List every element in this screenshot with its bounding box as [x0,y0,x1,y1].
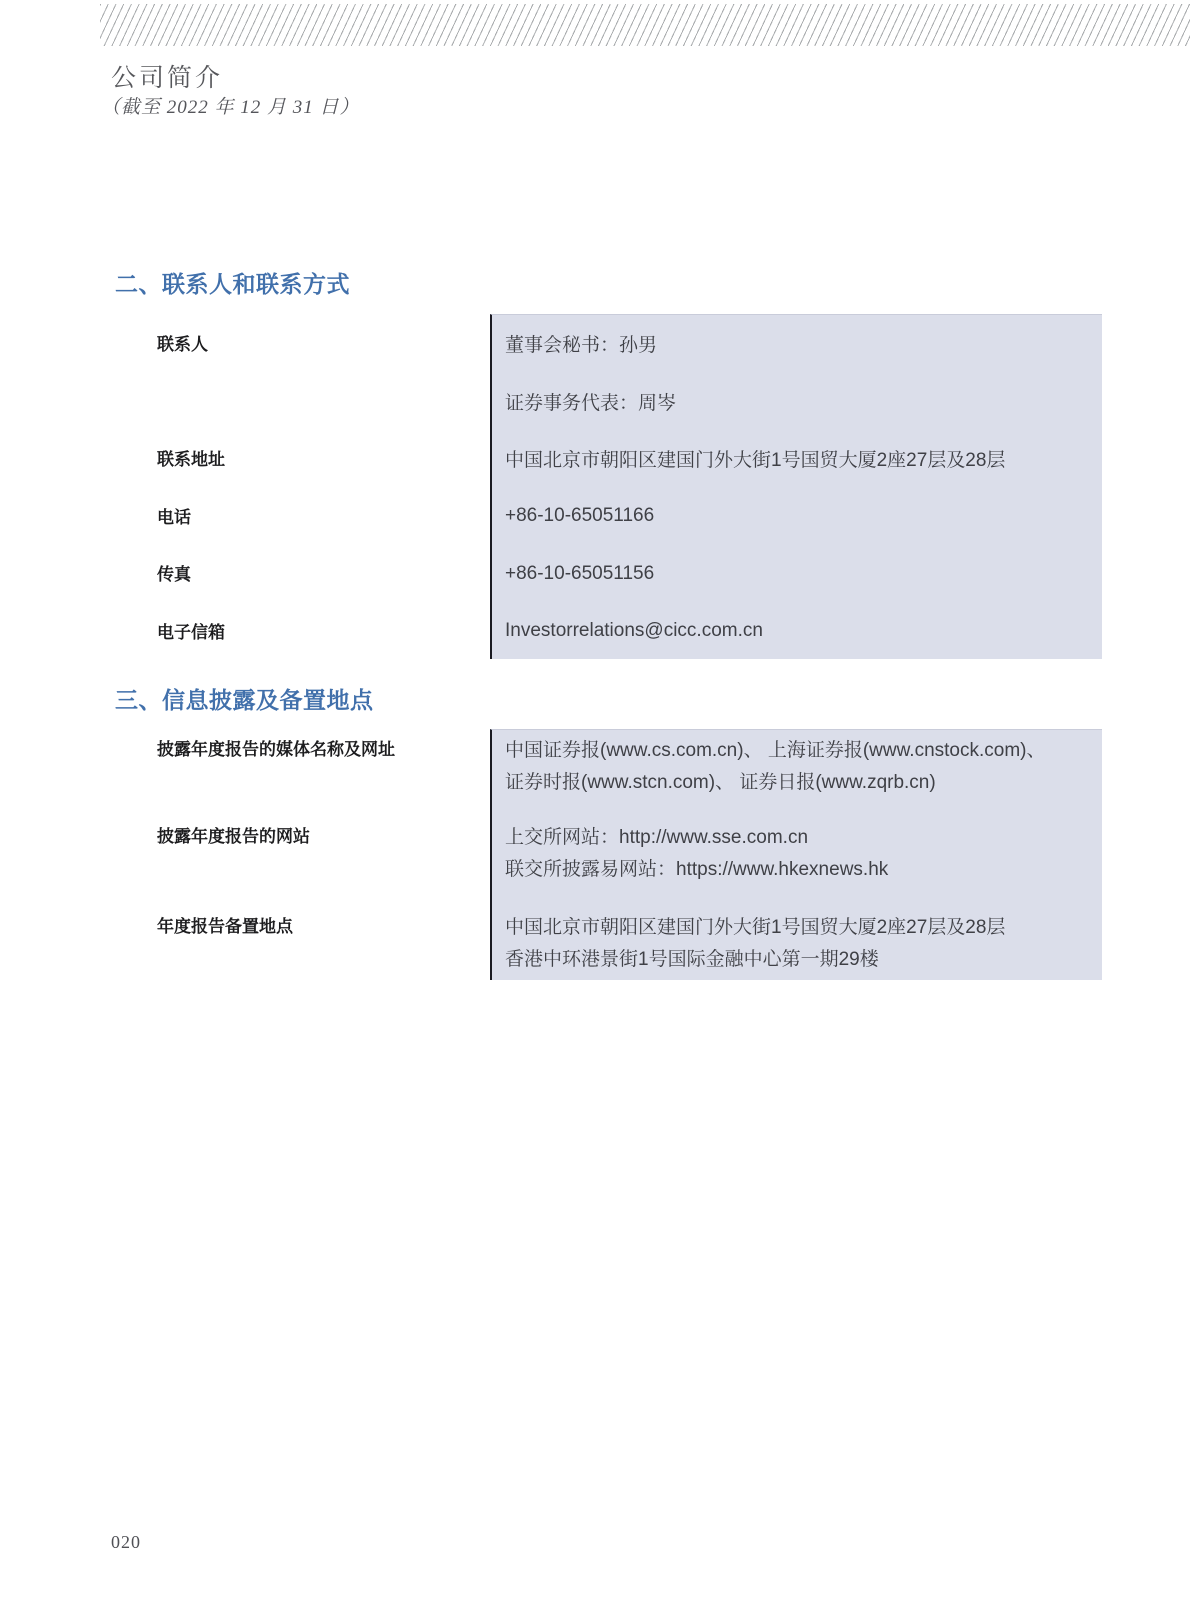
hkex-website-line: 联交所披露易网站：https://www.hkexnews.hk [505,854,1102,886]
board-secretary-value: 董事会秘书：孙男 [492,315,1102,373]
email-value: Investorrelations@cicc.com.cn [492,603,1102,661]
section-disclosure-heading: 三、信息披露及备置地点 [115,682,374,715]
beijing-location-line: 中国北京市朝阳区建国门外大街1号国贸大厦2座27层及28层 [505,912,1102,944]
fax-label: 传真 [100,544,485,602]
email-label: 电子信箱 [100,602,485,660]
contacts-value-box: 董事会秘书：孙男 证券事务代表：周岑 中国北京市朝阳区建国门外大街1号国贸大厦2… [490,314,1102,659]
section-contacts-heading: 二、联系人和联系方式 [115,266,350,299]
sse-website-line: 上交所网站：http://www.sse.com.cn [505,822,1102,854]
hatch-banner [100,4,1190,46]
media-names-line-2: 证券时报(www.stcn.com)、 证券日报(www.zqrb.cn) [505,767,1102,799]
disclosure-label-column: 披露年度报告的媒体名称及网址 披露年度报告的网站 年度报告备置地点 [100,729,485,980]
page-subtitle: （截至 2022 年 12 月 31 日） [101,92,360,119]
page-title: 公司简介 [111,58,223,94]
report-location-value: 中国北京市朝阳区建国门外大街1号国贸大厦2座27层及28层 香港中环港景街1号国… [492,890,1102,981]
websites-label: 披露年度报告的网站 [100,799,485,889]
phone-label: 电话 [100,487,485,545]
disclosure-value-box: 中国证券报(www.cs.com.cn)、 上海证券报(www.cnstock.… [490,729,1102,980]
contact-person-label: 联系人 [100,314,485,372]
websites-value: 上交所网站：http://www.sse.com.cn 联交所披露易网站：htt… [492,800,1102,890]
page-number: 020 [111,1532,141,1553]
contact-address-label: 联系地址 [100,429,485,487]
media-names-label: 披露年度报告的媒体名称及网址 [100,729,485,799]
phone-value: +86-10-65051166 [492,488,1102,546]
empty-label [100,372,485,430]
annual-report-page: 公司简介 （截至 2022 年 12 月 31 日） 二、联系人和联系方式 联系… [0,0,1190,1615]
fax-value: +86-10-65051156 [492,545,1102,603]
hongkong-location-line: 香港中环港景街1号国际金融中心第一期29楼 [505,944,1102,976]
contact-address-value: 中国北京市朝阳区建国门外大街1号国贸大厦2座27层及28层 [492,430,1102,488]
media-names-line-1: 中国证券报(www.cs.com.cn)、 上海证券报(www.cnstock.… [505,735,1102,767]
report-location-label: 年度报告备置地点 [100,889,485,980]
securities-rep-value: 证券事务代表：周岑 [492,373,1102,431]
media-names-value: 中国证券报(www.cs.com.cn)、 上海证券报(www.cnstock.… [492,730,1102,800]
contacts-label-column: 联系人 联系地址 电话 传真 电子信箱 [100,314,485,659]
